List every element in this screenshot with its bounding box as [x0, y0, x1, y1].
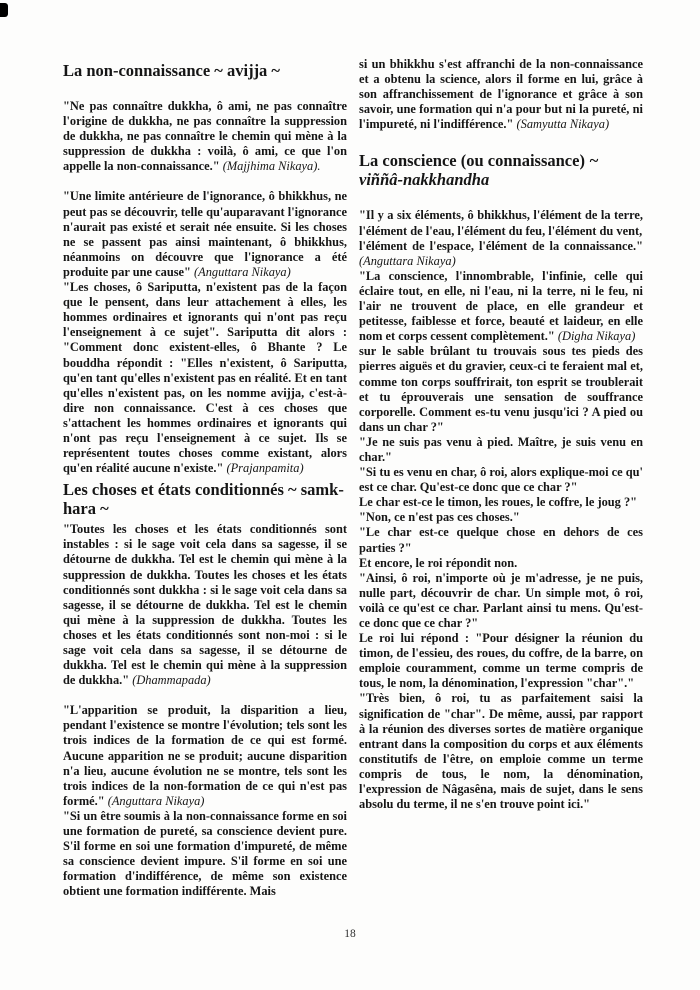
- paragraph: Le char est-ce le timon, les roues, le c…: [359, 495, 643, 510]
- text-columns: La non-connaissance ~ avijja ~"Ne pas co…: [63, 57, 643, 900]
- paragraph-text: "Toutes les choses et les états conditio…: [63, 522, 347, 687]
- paragraph: "Les choses, ô Sariputta, n'existent pas…: [63, 280, 347, 476]
- paragraph: "Ainsi, ô roi, n'importe où je m'adresse…: [359, 571, 643, 631]
- page-number: 18: [0, 928, 700, 940]
- paragraph-break: [359, 193, 643, 208]
- paragraph: sur le sable brûlant tu trouvais sous te…: [359, 344, 643, 435]
- paragraph-text: "Si tu es venu en char, ô roi, alors exp…: [359, 465, 643, 494]
- paragraph: "Toutes les choses et les états conditio…: [63, 522, 347, 688]
- paragraph: "Si un être soumis à la non-connaissance…: [63, 809, 347, 900]
- paragraph: Le roi lui répond : "Pour désigner la ré…: [359, 631, 643, 691]
- paragraph-text: "Non, ce n'est pas ces choses.": [359, 510, 520, 524]
- paragraph-text: Le roi lui répond : "Pour désigner la ré…: [359, 631, 643, 690]
- citation: (Anguttara Nikaya): [194, 265, 291, 279]
- paragraph-text: "L'apparition se produit, la disparition…: [63, 703, 347, 808]
- paragraph-break: [359, 132, 643, 147]
- paragraph-text: "Si un être soumis à la non-connaissance…: [63, 809, 347, 898]
- scan-artifact-mark: [0, 3, 8, 17]
- section-heading: La conscience (ou connaissance) ~ viññâ-…: [359, 151, 643, 189]
- paragraph-text: Et encore, le roi répondit non.: [359, 556, 517, 570]
- citation: (Samyutta Nikaya): [517, 117, 610, 131]
- paragraph-text: "Très bien, ô roi, tu as parfaitement sa…: [359, 691, 643, 811]
- paragraph: Et encore, le roi répondit non.: [359, 556, 643, 571]
- section-heading: Les choses et états conditionnés ~ samk-…: [63, 480, 347, 518]
- citation: (Majjhima Nikaya).: [223, 159, 321, 173]
- paragraph: "L'apparition se produit, la disparition…: [63, 703, 347, 809]
- right-column: si un bhikkhu s'est affranchi de la non-…: [359, 57, 643, 900]
- left-column: La non-connaissance ~ avijja ~"Ne pas co…: [63, 57, 347, 900]
- section-heading-text: La non-connaissance ~ avijja ~: [63, 61, 280, 80]
- paragraph-text: sur le sable brûlant tu trouvais sous te…: [359, 344, 643, 433]
- paragraph: si un bhikkhu s'est affranchi de la non-…: [359, 57, 643, 132]
- paragraph: "Non, ce n'est pas ces choses.": [359, 510, 643, 525]
- paragraph-text: "Il y a six éléments, ô bhikkhus, l'élém…: [359, 208, 643, 252]
- citation: (Digha Nikaya): [558, 329, 635, 343]
- paragraph-break: [63, 688, 347, 703]
- section-heading-text: Les choses et états conditionnés ~ samk-…: [63, 480, 344, 518]
- paragraph-text: "Je ne suis pas venu à pied. Maître, je …: [359, 435, 643, 464]
- paragraph-text: "Le char est-ce quelque chose en dehors …: [359, 525, 643, 554]
- section-heading-text: La conscience (ou connaissance): [359, 151, 589, 170]
- paragraph: "Ne pas connaître dukkha, ô ami, ne pas …: [63, 99, 347, 174]
- paragraph-break: [63, 174, 347, 189]
- paragraph-break: [63, 84, 347, 99]
- citation: (Prajanpamita): [226, 461, 303, 475]
- section-heading: La non-connaissance ~ avijja ~: [63, 61, 347, 80]
- paragraph-text: "Les choses, ô Sariputta, n'existent pas…: [63, 280, 347, 475]
- paragraph-text: Le char est-ce le timon, les roues, le c…: [359, 495, 637, 509]
- citation: (Dhammapada): [132, 673, 210, 687]
- paragraph-text: "Ainsi, ô roi, n'importe où je m'adresse…: [359, 571, 643, 630]
- paragraph: "Je ne suis pas venu à pied. Maître, je …: [359, 435, 643, 465]
- paragraph: "Le char est-ce quelque chose en dehors …: [359, 525, 643, 555]
- citation: (Anguttara Nikaya): [108, 794, 205, 808]
- paragraph: "Très bien, ô roi, tu as parfaitement sa…: [359, 691, 643, 812]
- paragraph: "La conscience, l'innombrable, l'infinie…: [359, 269, 643, 344]
- document-page: La non-connaissance ~ avijja ~"Ne pas co…: [0, 0, 700, 990]
- paragraph: "Une limite antérieure de l'ignorance, ô…: [63, 189, 347, 280]
- citation: (Anguttara Nikaya): [359, 254, 456, 268]
- paragraph: "Si tu es venu en char, ô roi, alors exp…: [359, 465, 643, 495]
- paragraph: "Il y a six éléments, ô bhikkhus, l'élém…: [359, 208, 643, 268]
